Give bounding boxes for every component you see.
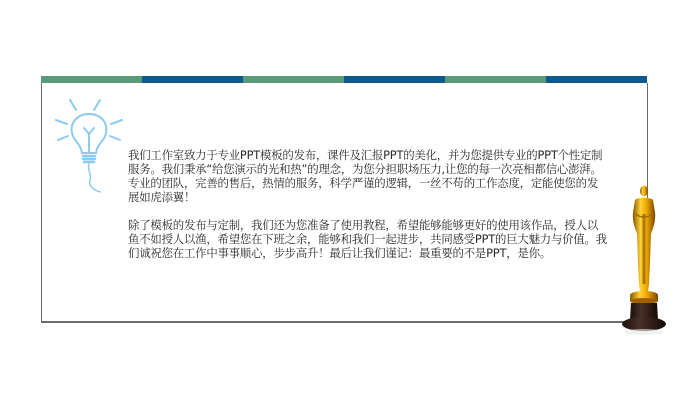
lightbulb-icon bbox=[54, 96, 124, 196]
trophy-statue-icon bbox=[620, 184, 668, 340]
slide: 我们工作室致力于专业PPT模板的发布，课件及汇报PPT的美化，并为您提供专业的P… bbox=[0, 0, 700, 394]
description-text: 我们工作室致力于专业PPT模板的发布，课件及汇报PPT的美化，并为您提供专业的P… bbox=[128, 148, 608, 260]
bar-segment-green bbox=[243, 76, 344, 83]
bar-segment-blue bbox=[546, 76, 647, 83]
bar-segment-green bbox=[41, 76, 142, 83]
paragraph-services: 除了模板的发布与定制，我们还为您准备了使用教程，希望能够能够更好的使用该作品，授… bbox=[128, 218, 608, 260]
top-color-bar bbox=[41, 76, 647, 83]
bar-segment-blue bbox=[142, 76, 243, 83]
bar-segment-green bbox=[445, 76, 546, 83]
paragraph-intro: 我们工作室致力于专业PPT模板的发布，课件及汇报PPT的美化，并为您提供专业的P… bbox=[128, 148, 608, 204]
bar-segment-blue bbox=[344, 76, 445, 83]
